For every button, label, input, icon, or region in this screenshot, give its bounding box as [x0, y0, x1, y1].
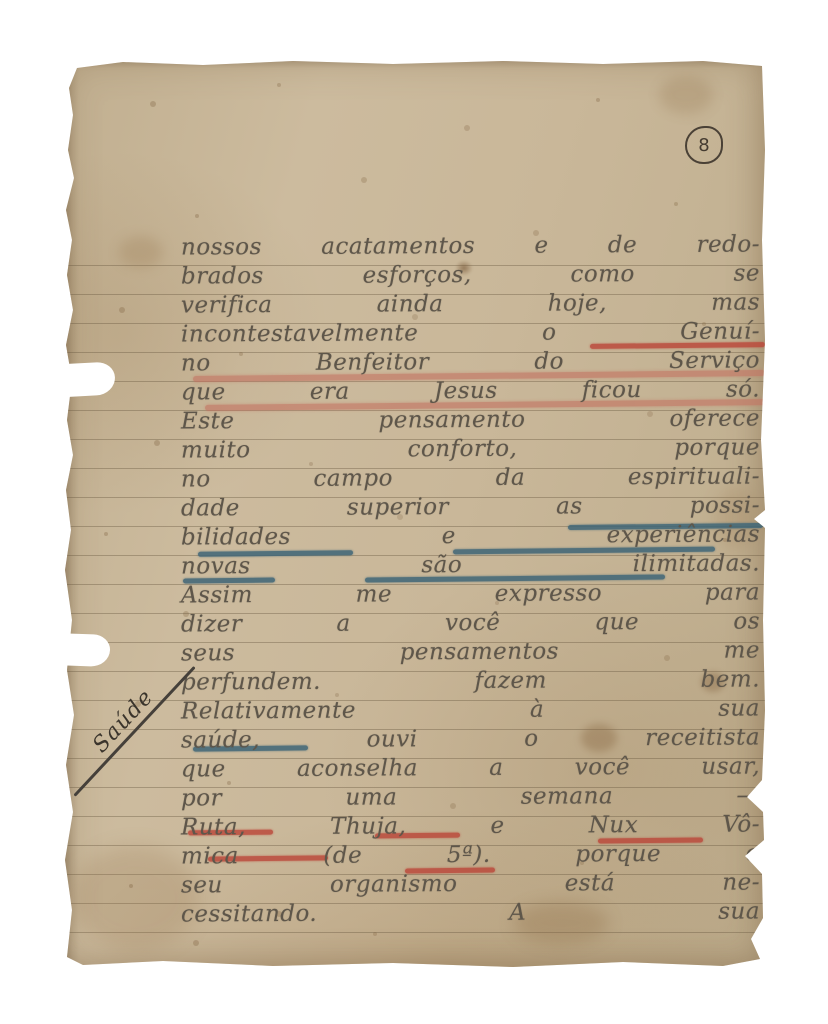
- line-text: dade superior as possi-: [181, 491, 760, 522]
- line-text: novas são ilimitadas.: [181, 549, 760, 580]
- line-text: verifica ainda hoje, mas: [181, 288, 760, 319]
- line-text: por uma semana —: [181, 781, 760, 812]
- line-text: saúde, ouvi o receitista: [181, 723, 760, 754]
- line-text: seus pensamentos me: [181, 636, 760, 667]
- line-text: que aconselha a você usar,: [181, 752, 760, 783]
- foxing-speckles: [63, 60, 67, 64]
- handwritten-line: dade superior as possi-: [181, 491, 760, 522]
- line-text: Este pensamento oferece: [181, 404, 760, 435]
- line-text: que era Jesus ficou só.: [181, 375, 760, 406]
- handwritten-line: mica (de 5ª). porque o: [181, 839, 760, 870]
- handwritten-line: novas são ilimitadas.: [181, 549, 760, 580]
- handwritten-line: nossos acatamentos e de redo-: [181, 230, 760, 261]
- line-text: Relativamente à sua: [181, 694, 760, 725]
- line-text: no campo da espirituali-: [181, 462, 760, 493]
- scanned-letter-photo: 8 nossos acatamentos e de redo- brados e…: [0, 0, 828, 1024]
- handwritten-line: Assim me expresso para: [181, 578, 760, 609]
- line-text: Assim me expresso para: [181, 578, 760, 609]
- handwritten-line: cessitando. A sua: [181, 897, 760, 928]
- handwritten-line: incontestavelmente o Genuí-: [181, 317, 760, 348]
- torn-hole-lower: [51, 633, 110, 667]
- letter-page: 8 nossos acatamentos e de redo- brados e…: [63, 60, 765, 968]
- line-text: seu organismo está ne-: [181, 868, 760, 899]
- handwritten-line: no Benfeitor do Serviço: [181, 346, 760, 377]
- line-text: muito conforto, porque: [181, 433, 760, 464]
- handwritten-line: brados esforços, como se: [181, 259, 760, 290]
- handwritten-line: seu organismo está ne-: [181, 868, 760, 899]
- handwritten-line: saúde, ouvi o receitista: [181, 723, 760, 754]
- handwritten-line: que era Jesus ficou só.: [181, 375, 760, 406]
- handwritten-line: perfundem. fazem bem.: [181, 665, 760, 696]
- line-text: mica (de 5ª). porque o: [181, 839, 760, 870]
- handwritten-line: seus pensamentos me: [181, 636, 760, 667]
- line-text: bilidades e experiências: [181, 520, 760, 551]
- paper-stain: [659, 76, 713, 114]
- line-text: Ruta, Thuja, e Nux Vô-: [181, 810, 760, 841]
- handwritten-line: verifica ainda hoje, mas: [181, 288, 760, 319]
- handwritten-line: dizer a você que os: [181, 607, 760, 638]
- torn-hole-upper: [54, 361, 116, 397]
- line-text: brados esforços, como se: [181, 259, 760, 290]
- paper-top-edge: [63, 60, 765, 68]
- handwritten-line: Este pensamento oferece: [181, 404, 760, 435]
- handwritten-line: no campo da espirituali-: [181, 462, 760, 493]
- handwritten-line: Relativamente à sua: [181, 694, 760, 725]
- page-number: 8: [698, 135, 709, 156]
- line-text: no Benfeitor do Serviço: [181, 346, 760, 377]
- handwritten-line: bilidades e experiências: [181, 520, 760, 551]
- handwritten-line: Ruta, Thuja, e Nux Vô-: [181, 810, 760, 841]
- line-text: cessitando. A sua: [181, 897, 760, 928]
- handwritten-line: por uma semana —: [181, 781, 760, 812]
- handwritten-line: que aconselha a você usar,: [181, 752, 760, 783]
- line-text: nossos acatamentos e de redo-: [181, 230, 760, 261]
- line-text: incontestavelmente o Genuí-: [181, 317, 760, 348]
- handwritten-line: muito conforto, porque: [181, 433, 760, 464]
- circled-page-number: 8: [685, 126, 723, 164]
- line-text: perfundem. fazem bem.: [181, 665, 760, 696]
- line-text: dizer a você que os: [181, 607, 760, 638]
